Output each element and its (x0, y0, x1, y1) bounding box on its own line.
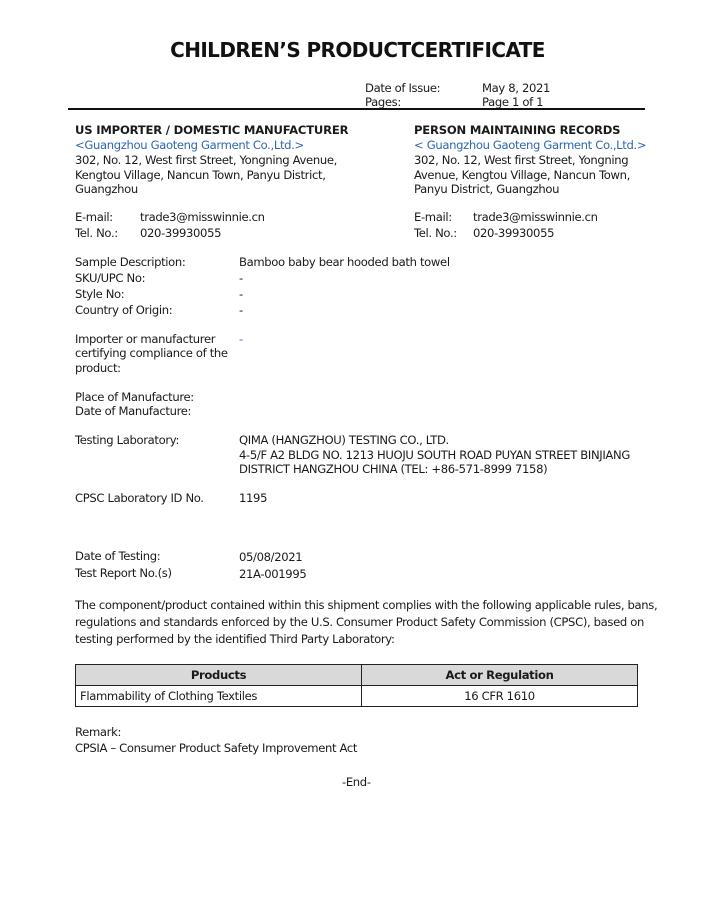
product-cell: Flammability of Clothing Textiles (76, 686, 362, 707)
certifier-label-line: product: (75, 361, 121, 376)
importer-heading: US IMPORTER / DOMESTIC MANUFACTURER (75, 123, 348, 138)
end-marker: -End- (342, 775, 371, 790)
importer-address-line: Kengtou Village, Nancun Town, Panyu Dist… (75, 168, 326, 183)
records-tel-label: Tel. No.: (414, 226, 457, 241)
importer-email-label: E-mail: (75, 210, 113, 225)
cpsc-lab-id-value: 1195 (239, 491, 267, 506)
certifier-value: - (239, 332, 243, 347)
importer-tel: 020-39930055 (140, 226, 221, 241)
statement-line: regulations and standards enforced by th… (75, 615, 644, 630)
records-address-line: Avenue, Kengtou Village, Nancun Town, (414, 168, 630, 183)
document-title: CHILDREN’S PRODUCTCERTIFICATE (0, 38, 715, 62)
records-address-line: 302, No. 12, West first Street, Yongning (414, 153, 628, 168)
table-row: Flammability of Clothing Textiles 16 CFR… (76, 686, 638, 707)
sample-description-value: Bamboo baby bear hooded bath towel (239, 255, 450, 270)
certifier-label-line: Importer or manufacturer (75, 332, 215, 347)
header-divider (68, 108, 645, 110)
date-of-manufacture-label: Date of Manufacture: (75, 404, 191, 419)
date-of-issue-label: Date of Issue: (365, 81, 440, 96)
cpsc-lab-id-label: CPSC Laboratory ID No. (75, 491, 204, 506)
test-report-value: 21A-001995 (239, 567, 306, 582)
sku-value: - (239, 271, 243, 286)
records-tel: 020-39930055 (473, 226, 554, 241)
date-of-testing-label: Date of Testing: (75, 549, 160, 564)
records-email: trade3@misswinnie.cn (473, 210, 598, 225)
sample-description-label: Sample Description: (75, 255, 185, 270)
records-address-line: Panyu District, Guangzhou (414, 182, 559, 197)
table-header-row: Products Act or Regulation (76, 665, 638, 686)
records-company: < Guangzhou Gaoteng Garment Co.,Ltd.> (414, 138, 646, 153)
importer-address-line: Guangzhou (75, 182, 138, 197)
remark-text: CPSIA – Consumer Product Safety Improvem… (75, 741, 357, 756)
column-header-products: Products (76, 665, 362, 686)
testing-laboratory-label: Testing Laboratory: (75, 433, 179, 448)
date-of-issue-value: May 8, 2021 (482, 81, 550, 96)
column-header-regulation: Act or Regulation (362, 665, 638, 686)
style-value: - (239, 287, 243, 302)
statement-line: The component/product contained within t… (75, 598, 657, 613)
importer-tel-label: Tel. No.: (75, 226, 118, 241)
importer-address-line: 302, No. 12, West first Street, Yongning… (75, 153, 337, 168)
origin-value: - (239, 303, 243, 318)
date-of-testing-value: 05/08/2021 (239, 550, 302, 565)
statement-line: testing performed by the identified Thir… (75, 632, 395, 647)
laboratory-line: DISTRICT HANGZHOU CHINA (TEL: +86-571-89… (239, 462, 547, 477)
laboratory-line: QIMA (HANGZHOU) TESTING CO., LTD. (239, 433, 449, 448)
importer-company: <Guangzhou Gaoteng Garment Co.,Ltd.> (75, 138, 304, 153)
test-report-label: Test Report No.(s) (75, 566, 172, 581)
laboratory-line: 4-5/F A2 BLDG NO. 1213 HUOJU SOUTH ROAD … (239, 448, 630, 463)
certifier-label-line: certifying compliance of the (75, 346, 228, 361)
regulations-table: Products Act or Regulation Flammability … (75, 664, 638, 707)
origin-label: Country of Origin: (75, 303, 172, 318)
records-heading: PERSON MAINTAINING RECORDS (414, 123, 620, 138)
records-email-label: E-mail: (414, 210, 452, 225)
style-label: Style No: (75, 287, 124, 302)
importer-email: trade3@misswinnie.cn (140, 210, 265, 225)
remark-label: Remark: (75, 725, 121, 740)
place-of-manufacture-label: Place of Manufacture: (75, 390, 194, 405)
sku-label: SKU/UPC No: (75, 271, 145, 286)
regulation-cell: 16 CFR 1610 (362, 686, 638, 707)
